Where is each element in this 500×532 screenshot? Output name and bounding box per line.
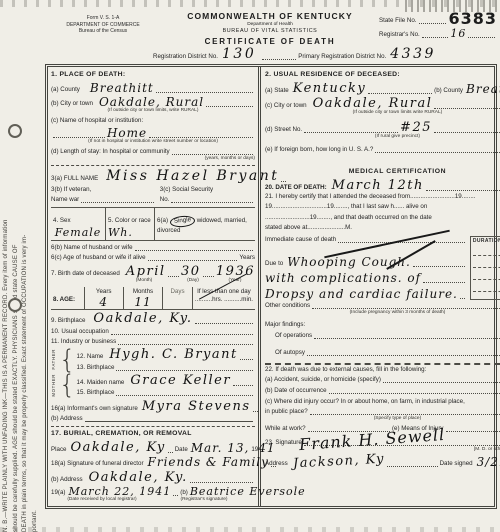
age-years-value: 4 [87, 296, 121, 308]
res-county-label: (b) County [434, 87, 463, 95]
res-state-value: Kentucky [293, 82, 367, 95]
fill-line [307, 353, 500, 356]
reg-district-label: Registration District No. [153, 53, 218, 61]
medical-certification-heading: MEDICAL CERTIFICATION [265, 168, 500, 176]
state-file-label: State File No. [379, 17, 417, 25]
fill-line [168, 450, 173, 453]
fill-line [206, 104, 253, 107]
physician-address-value: Jackson, Ky [292, 452, 385, 470]
certificate: Form V. S. 1-A DEPARTMENT OF COMMERCE Bu… [45, 5, 497, 509]
fill-line [368, 91, 432, 94]
physician-address-label: Address [265, 460, 288, 468]
res-street-label: (d) Street No. [265, 126, 302, 134]
hole-punch [8, 124, 22, 138]
injury-public-label: in public place? [265, 408, 308, 416]
marital-single-circled: Single [169, 215, 195, 228]
sex-race-marital-row: 4. Sex Female 5. Color or race Wh. 6(a) … [51, 207, 255, 241]
birthplace-value: Oakdale, Ky. [93, 312, 192, 325]
sex-label: 4. Sex [53, 217, 71, 224]
brace-glyph: { [59, 349, 76, 371]
father-name-label: 12. Name [77, 353, 104, 361]
operations-label: Of operations [275, 332, 312, 340]
month-caption: (Month) [117, 278, 171, 284]
veteran-label: 3(b) If veteran, [51, 186, 156, 194]
fullname-label: 3(a) FULL NAME [51, 175, 98, 183]
pod-county-value: Breathitt [90, 82, 154, 94]
registrar-number-handwritten: 16 [450, 28, 466, 39]
marital-number: 6(a) [157, 217, 168, 224]
veteran-war-label: Name war [51, 196, 79, 204]
informant-sig-label: 16(a) Informant's own signature [51, 405, 138, 413]
pod-county-label: (a) County [51, 86, 80, 94]
birth-year-value: 1936 [216, 265, 255, 278]
fill-line [253, 409, 258, 412]
while-at-work-label: While at work? [265, 425, 306, 433]
res-foreign-label: (e) If foreign born, how long in U. S. A… [265, 146, 373, 154]
fill-line [304, 130, 398, 133]
age-less-label: If less than one day [195, 288, 253, 296]
sex-value: Female [53, 227, 103, 238]
fill-line [329, 391, 500, 394]
fill-line [434, 106, 500, 109]
marital-options: widowed, married, [197, 217, 247, 224]
fill-line [446, 429, 500, 432]
burial-date-label: Date [175, 446, 188, 454]
section-divider [265, 363, 500, 365]
funeral-director-signature: Friends & Family [148, 456, 269, 468]
certify-statement: stated above at......................M. [265, 223, 500, 234]
ssn-no-label: No. [160, 196, 170, 204]
res-city-caption: (If outside city or town limits write RU… [265, 110, 500, 116]
fill-line [85, 419, 253, 422]
death-certificate-scan: N. B.—WRITE PLAINLY WITH UNFADING INK—TH… [0, 0, 500, 532]
fill-line [375, 150, 500, 153]
ssn-label: 3(c) Social Security [160, 186, 255, 194]
birth-month-value: April [126, 265, 166, 278]
race-label: 5. Color or race [108, 217, 151, 224]
fill-line [168, 274, 179, 277]
burial-place-value: Oakdale, Ky [70, 441, 165, 454]
autopsy-label: Of autopsy [275, 349, 305, 357]
duration-line [473, 244, 500, 256]
section-divider [51, 165, 255, 166]
fill-line [422, 35, 449, 38]
director-address-label: (b) Address [51, 476, 83, 484]
certify-statement: 19................................19....… [265, 202, 500, 213]
mother-group: MOTHER { 14. Maiden name Grace Keller 15… [51, 374, 255, 398]
spouse-name-label: 6(b) Name of husband or wife [51, 244, 133, 252]
fill-line [171, 200, 253, 203]
physician-sig-label: 23. Signature [265, 439, 302, 447]
pod-hospital-caption: (If not in hospital or institution write… [51, 139, 255, 145]
duration-line [473, 268, 500, 280]
mother-birthplace-label: 15. Birthplace [77, 389, 115, 397]
margin-note-line: DEATH in plain terms, so that it may be … [21, 0, 31, 532]
res-city-value: Oakdale, Rural [313, 97, 433, 110]
certificate-header: Form V. S. 1-A DEPARTMENT OF COMMERCE Bu… [45, 5, 497, 46]
res-state-label: (a) State [265, 87, 289, 95]
fill-line [426, 188, 500, 191]
other-conditions-label: Other conditions [265, 302, 310, 310]
fill-line [116, 368, 253, 371]
fill-line [190, 480, 253, 483]
brace-glyph: { [59, 374, 76, 396]
immediate-cause-label: Immediate cause of death [265, 236, 336, 244]
fill-line [195, 321, 253, 324]
due-to-label: Due to [265, 260, 283, 268]
fill-line [312, 306, 500, 309]
burial-place-label: Place [51, 446, 66, 454]
director-address-value: Oakdale, Ky. [89, 471, 188, 484]
fill-line [173, 493, 178, 496]
occurrence-label: (b) Date of occurrence [265, 387, 327, 395]
bureau-census: Bureau of the Census [45, 28, 161, 35]
form-body: 1. PLACE OF DEATH: (a) County Breathitt … [45, 64, 497, 509]
fill-line [387, 464, 438, 467]
residence-heading: 2. USUAL RESIDENCE OF DECEASED: [265, 71, 500, 79]
margin-note-line: should be carefully supplied. AGE should… [12, 0, 22, 532]
certify-statement: 21. I hereby certify that I attended the… [265, 192, 500, 203]
age-months-value: 11 [126, 296, 160, 308]
right-column: 2. USUAL RESIDENCE OF DECEASED: (a) Stat… [261, 67, 500, 506]
race-value: Wh. [108, 227, 152, 238]
age-label: 8. AGE: [53, 296, 75, 303]
margin-note-line: portant. [31, 0, 41, 532]
res-county-value: Breathitt [466, 83, 500, 95]
age-days-label: Days [165, 288, 190, 296]
title-block: COMMONWEALTH OF KENTUCKY Department of H… [161, 5, 379, 46]
fill-line [262, 57, 296, 60]
section-divider [51, 426, 255, 427]
pod-stay-label: (d) Length of stay: In hospital or commu… [51, 148, 170, 156]
fill-line [314, 336, 500, 339]
left-column: 1. PLACE OF DEATH: (a) County Breathitt … [48, 67, 261, 506]
state-file-number: 6383 [448, 12, 497, 25]
fill-line [111, 332, 253, 335]
fullname-value: Miss Hazel Bryant [106, 169, 279, 183]
fill-line [53, 135, 105, 138]
registration-district-row: Registration District No. 130 Primary Re… [153, 47, 497, 61]
major-findings-label: Major findings: [265, 321, 500, 329]
registrar-no-label: Registrar's No. [379, 31, 420, 39]
reg-district-number-handwritten: 130 [222, 47, 256, 61]
birthdate-label: 7. Birth date of deceased [51, 270, 120, 278]
external-causes-heading: 22. If death was due to external causes,… [265, 366, 500, 374]
father-name-value: Hygh. C. Bryant [109, 348, 237, 361]
age-row: 8. AGE: Years 4 Months 11 Days If less [51, 287, 255, 310]
informant-signature: Myra Stevens [142, 400, 251, 413]
cause-line-2: with complications. of [265, 272, 421, 284]
fill-line [148, 258, 238, 261]
spouse-age-label: 6(c) Age of husband or wife if alive [51, 254, 146, 262]
injury-location-label: (c) Where did injury occur? In or about … [265, 398, 500, 406]
marital-options-2: divorced [157, 227, 253, 235]
fill-line [81, 200, 154, 203]
issuer-block: Form V. S. 1-A DEPARTMENT OF COMMERCE Bu… [45, 5, 161, 35]
primary-district-number-handwritten: 4339 [390, 47, 436, 61]
fill-line [203, 274, 214, 277]
received-number: 19(a) [51, 489, 65, 497]
fill-line [240, 357, 253, 360]
duration-box: DURATION: [470, 236, 500, 300]
informant-address-label: (b) Address [51, 415, 83, 423]
fill-line [434, 130, 500, 133]
cause-line-3: Dropsy and cardiac failure. [265, 288, 458, 300]
pod-stay-caption: (years, months or days) [51, 156, 255, 162]
fill-line [135, 248, 253, 251]
birth-day-value: 30 [181, 265, 201, 278]
fill-line [460, 296, 465, 299]
father-side-label: FATHER [51, 349, 58, 370]
father-group: FATHER { 12. Name Hygh. C. Bryant 13. Bi… [51, 348, 255, 372]
burial-date-value: Mar. 13, [191, 442, 250, 454]
fill-line [116, 393, 253, 396]
mother-side-label: MOTHER [51, 374, 58, 397]
primary-district-label: Primary Registration District No. [298, 53, 386, 61]
registrar-sig-caption: (Registrar's signature) [153, 497, 255, 503]
fill-line [383, 380, 500, 383]
hole-punch [8, 298, 22, 312]
fill-line [413, 264, 465, 267]
occupation-label: 10. Usual occupation [51, 328, 109, 336]
birthplace-label: 9. Birthplace [51, 317, 85, 325]
pod-city-label: (b) City or town [51, 100, 93, 108]
fill-line [233, 383, 253, 386]
pod-hospital-label: (c) Name of hospital or institution: [51, 117, 143, 125]
pod-city-value: Oakdale, Rural [99, 96, 204, 108]
date-signed-value: 3/21/41 [477, 456, 500, 468]
received-date-value: March 22, 1941 [68, 486, 171, 497]
fill-line [118, 342, 253, 345]
years-word: Years [239, 254, 255, 262]
fill-line [149, 135, 253, 138]
fill-line [172, 152, 253, 155]
duration-line [473, 280, 500, 292]
registrar-sig-number: (b) [180, 489, 188, 497]
date-of-death-label: 20. DATE OF DEATH: [265, 184, 327, 192]
file-numbers-block: State File No. 6383 Registrar's No. 16 [379, 5, 497, 39]
received-caption: (Date received by local registrar) [51, 497, 153, 503]
pod-hospital-value: Home [107, 127, 147, 139]
date-of-death-value: March 12th [332, 179, 424, 192]
margin-note: N. B.—WRITE PLAINLY WITH UNFADING INK—TH… [2, 0, 44, 532]
duration-label: DURATION: [473, 238, 500, 244]
burial-heading: 17. BURIAL, CREMATION, OR REMOVAL [51, 430, 255, 438]
mother-name-label: 14. Maiden name [77, 379, 125, 387]
date-signed-label: Date signed [440, 460, 473, 468]
mother-name-value: Grace Keller [130, 374, 231, 387]
injury-place-caption: (Specify type of place) [265, 416, 500, 422]
certify-statement: ..........................19........, an… [265, 213, 500, 224]
commonwealth-title: COMMONWEALTH OF KENTUCKY [161, 11, 379, 21]
accident-label: (a) Accident, suicide, or homicide (spec… [265, 376, 381, 384]
margin-note-line: N. B.—WRITE PLAINLY WITH UNFADING INK—TH… [2, 0, 12, 532]
father-birthplace-label: 13. Birthplace [77, 364, 115, 372]
fill-line [468, 35, 495, 38]
res-street-value: #25 [400, 121, 432, 134]
res-street-caption: (If rural give precinct) [265, 134, 500, 140]
fill-line [419, 21, 447, 24]
fill-line [156, 90, 253, 93]
funeral-director-label: 18(a) Signature of funeral director [51, 460, 144, 468]
pod-city-caption: (If outside city or town limits, write R… [51, 108, 255, 114]
day-caption: (Day) [171, 278, 215, 284]
certificate-title: CERTIFICATE OF DEATH [161, 37, 379, 46]
res-city-label: (c) City or town [265, 102, 307, 110]
fill-line [310, 412, 500, 415]
other-conditions-caption: (Include pregnancy within 3 months of de… [265, 310, 500, 316]
physician-signature-block: 23. Signature Frank H. Sewell [M. D. or … [265, 439, 500, 468]
fill-line [423, 280, 465, 283]
bureau-vital-statistics: BUREAU OF VITAL STATISTICS [161, 28, 379, 35]
place-of-death-heading: 1. PLACE OF DEATH: [51, 71, 255, 79]
duration-line [473, 256, 500, 268]
cause-of-death-block: Immediate cause of death Due to Whooping… [265, 236, 500, 300]
scan-noise-bottom [0, 527, 500, 532]
